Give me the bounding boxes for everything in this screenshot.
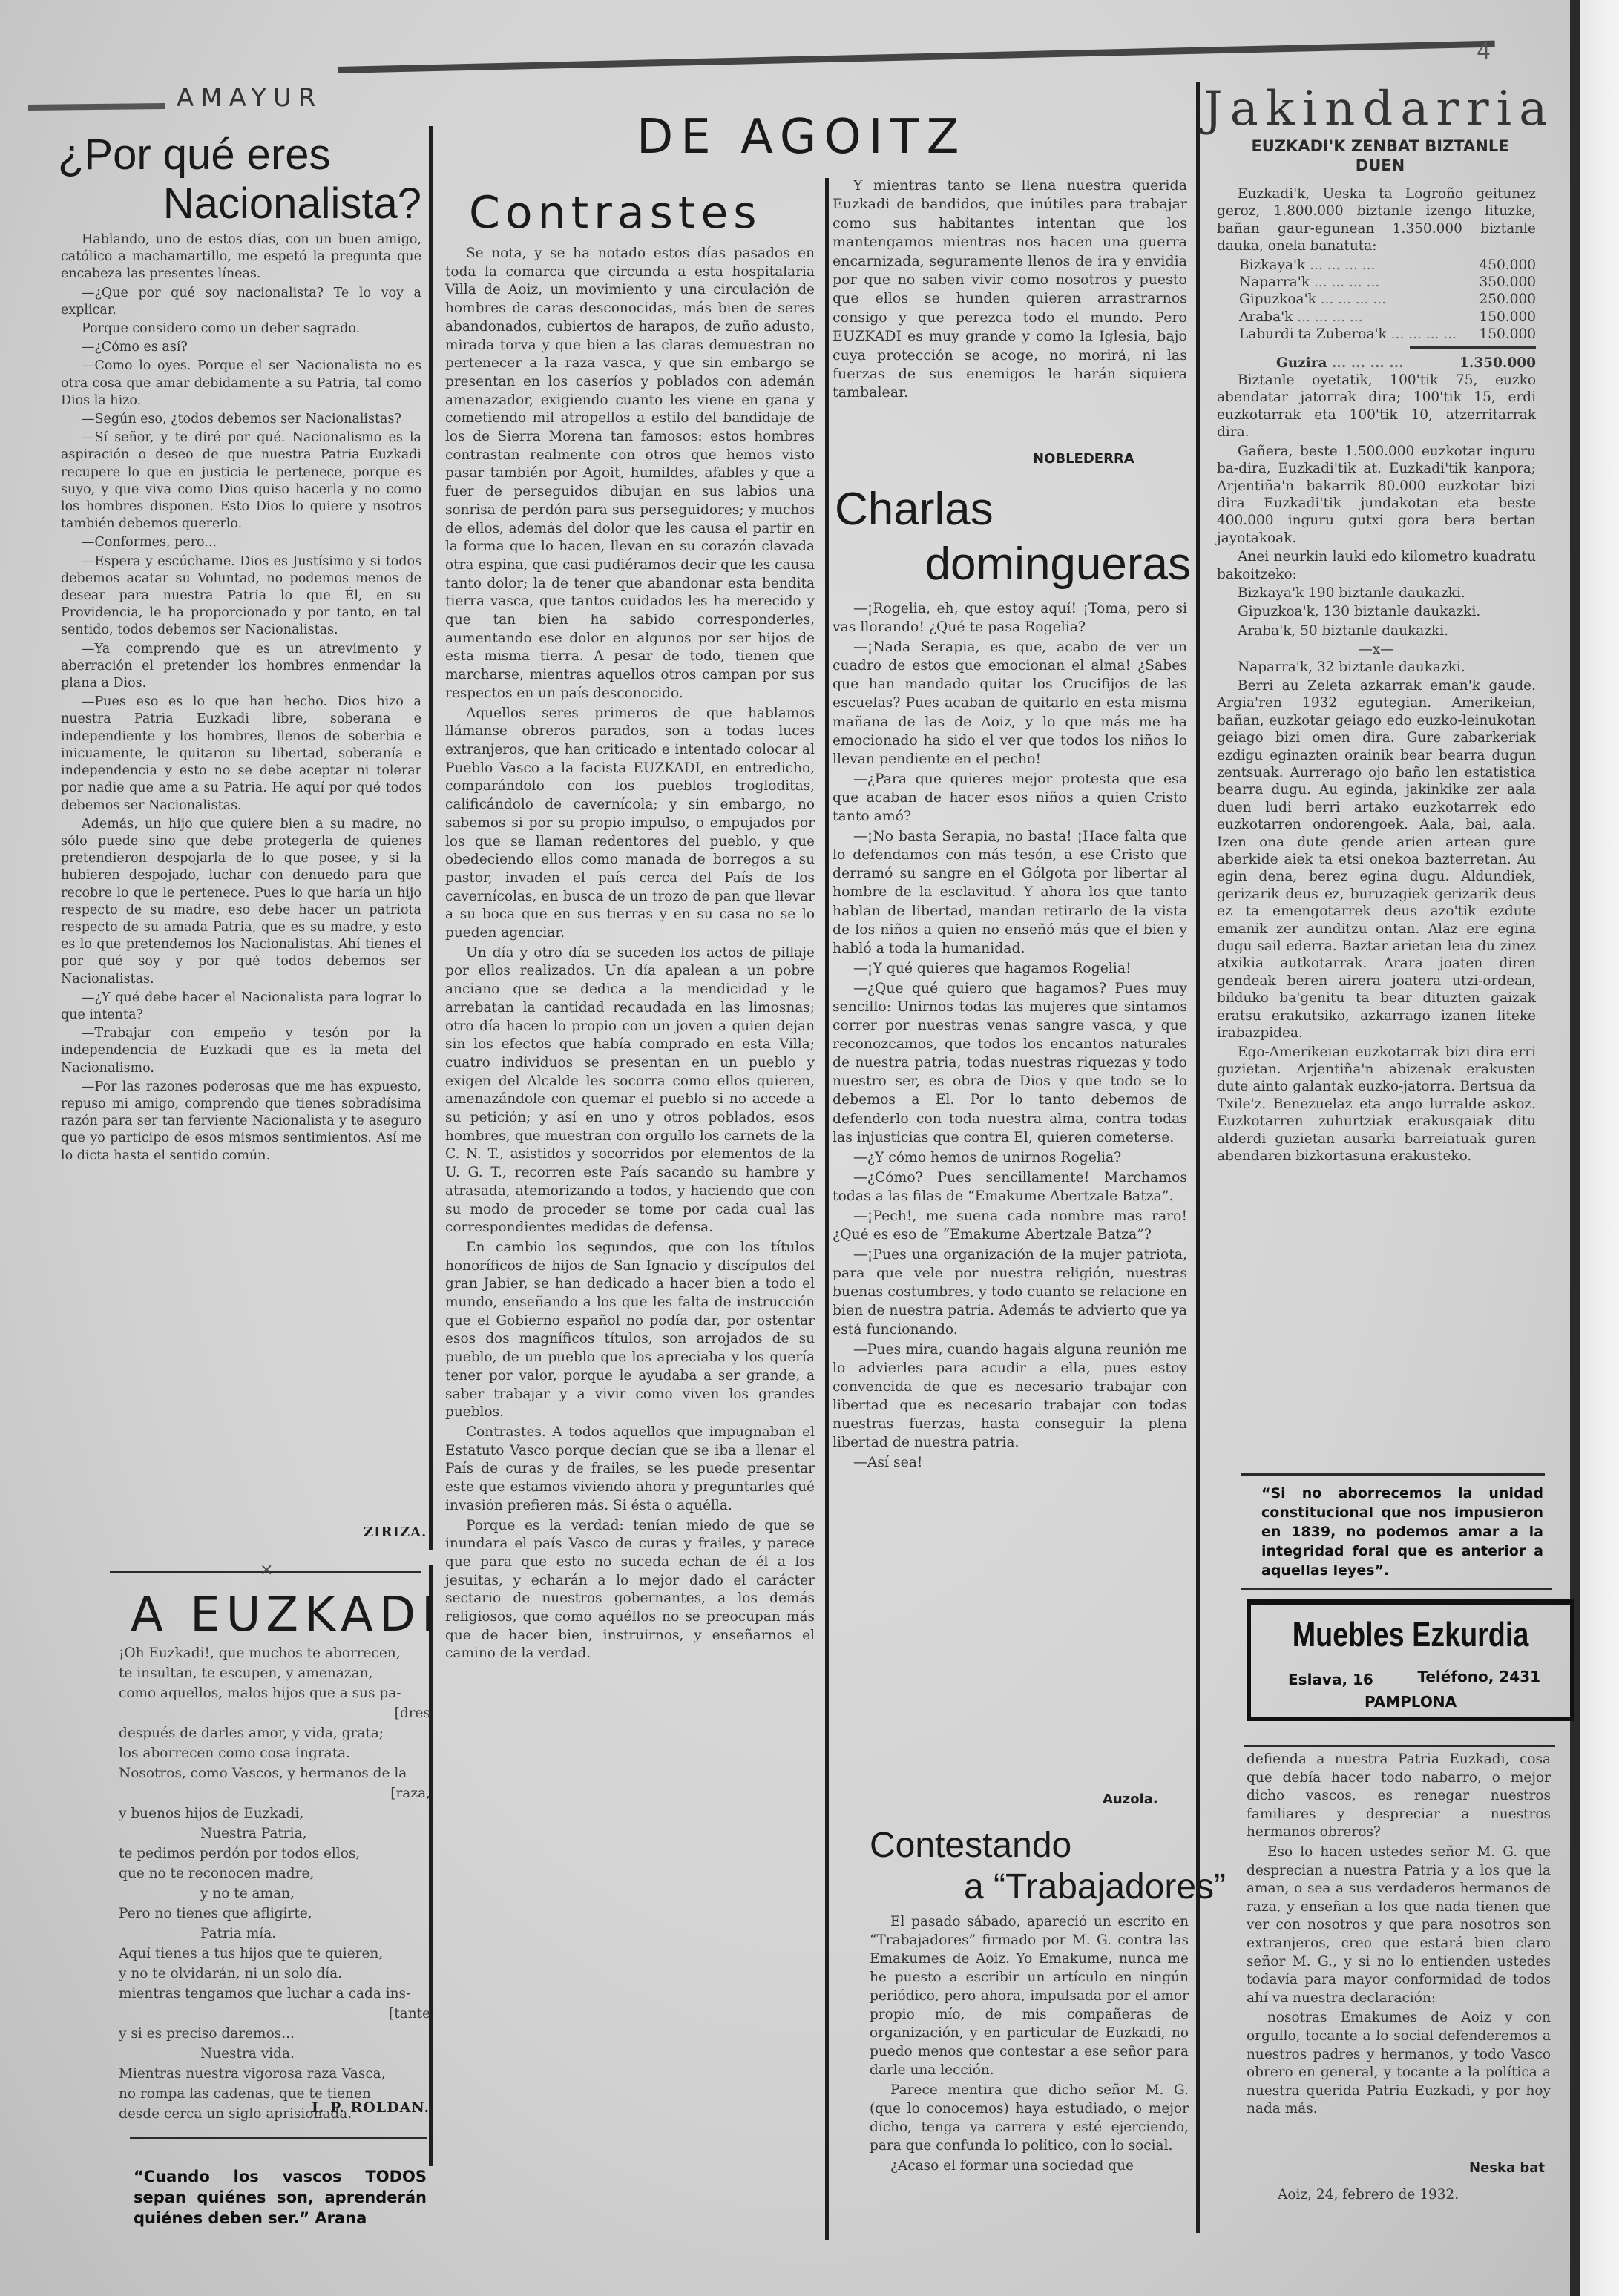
- paragraph: En cambio los segundos, que con los títu…: [445, 1239, 815, 1422]
- poem-line: que no te reconocen madre,: [119, 1864, 430, 1884]
- poem-line: y buenos hijos de Euzkadi,: [119, 1803, 430, 1823]
- headline-line: Nacionalista?: [58, 180, 421, 228]
- poem-line: después de darles amor, y vida, grata;: [119, 1723, 430, 1743]
- paragraph: —Sí señor, y te diré por qué. Nacionalis…: [61, 430, 421, 533]
- quote-unidad-constitucional: “Si no aborrecemos la unidad constitucio…: [1261, 1484, 1543, 1580]
- paragraph: Berri au Zeleta azkarrak eman'k gaude. A…: [1217, 677, 1536, 1042]
- column-divider: [1196, 82, 1200, 2233]
- paragraph: Eso lo hacen ustedes señor M. G. que des…: [1247, 1843, 1551, 2007]
- population-row: Naparra'k350.000: [1217, 274, 1536, 291]
- paragraph: Parece mentira que dicho señor M. G. (qu…: [870, 2081, 1189, 2155]
- paragraph: —Espera y escúchame. Dios es Justísimo y…: [61, 553, 421, 639]
- population-value: 250.000: [1479, 291, 1536, 308]
- page-number: 4: [1477, 39, 1491, 65]
- headline-line: Charlas: [835, 484, 994, 535]
- advertisement-muebles-ezkurdia: Muebles Ezkurdia Eslava, 16 Teléfono, 24…: [1247, 1599, 1574, 1721]
- total-label: Guzira: [1276, 355, 1404, 372]
- paragraph: Porque es la verdad: tenían miedo de que…: [445, 1517, 815, 1664]
- paragraph: —Como lo oyes. Porque el ser Nacionalist…: [61, 358, 421, 409]
- newspaper-page: AMAYUR 4 ¿Por qué eres Nacionalista? Hab…: [0, 0, 1619, 2296]
- separator-rule: [130, 2137, 427, 2139]
- article-contestando-continuation: defienda a nuestra Patria Euzkadi, cosa …: [1247, 1751, 1551, 2120]
- poem-line: [raza,: [119, 1783, 430, 1803]
- signature-ziriza: ZIRIZA.: [364, 1524, 427, 1540]
- ad-phone: Teléfono, 2431: [1417, 1668, 1540, 1685]
- scan-edge: [1570, 0, 1580, 2296]
- paragraph: Porque considero como un deber sagrado.: [61, 320, 421, 338]
- headline-line: a “Trabajadores”: [870, 1866, 1226, 1908]
- poem-line: Mientras nuestra vigorosa raza Vasca,: [119, 2064, 430, 2084]
- signature-neska-bat: Neska bat: [1469, 2160, 1545, 2176]
- paragraph: Aquellos seres primeros de que hablamos …: [445, 705, 815, 943]
- poem-line: Nuestra Patria,: [119, 1823, 430, 1843]
- region-label: Naparra'k: [1239, 274, 1379, 291]
- masthead-rule-left: [28, 103, 165, 111]
- poem-line: mientras tengamos que luchar a cada ins-: [119, 1984, 430, 2004]
- paragraph: —¡Pues una organización de la mujer patr…: [833, 1246, 1187, 1338]
- paragraph: —Conformes, pero...: [61, 534, 421, 551]
- ad-business-name: Muebles Ezkurdia: [1280, 1614, 1542, 1654]
- paragraph: Araba'k, 50 biztanle daukazki.: [1217, 622, 1536, 639]
- headline-line: ¿Por qué eres: [58, 131, 331, 179]
- poem-line: los aborrecen como cosa ingrata.: [119, 1743, 430, 1763]
- paragraph: Biztanle oyetatik, 100'tik 75, euzko abe…: [1217, 372, 1536, 441]
- population-row: Gipuzkoa'k250.000: [1217, 291, 1536, 308]
- paragraph: El pasado sábado, apareció un escrito en…: [870, 1912, 1189, 2079]
- poem-line: Pero no tienes que afligirte,: [119, 1904, 430, 1924]
- poem-line: como aquellos, malos hijos que a sus pa-: [119, 1683, 430, 1703]
- poem-line: y no te olvidarán, ni un solo día.: [119, 1964, 430, 1984]
- separator-rule: [1244, 1745, 1555, 1747]
- paragraph: ¿Acaso el formar una sociedad que: [870, 2157, 1189, 2175]
- paragraph: Naparra'k, 32 biztanle daukazki.: [1217, 659, 1536, 676]
- paragraph: Y mientras tanto se llena nuestra querid…: [833, 177, 1187, 403]
- poem-line: [dres: [119, 1703, 430, 1723]
- paragraph: —¿Y qué debe hacer el Nacionalista para …: [61, 990, 421, 1024]
- paragraph: —¿Cómo es así?: [61, 339, 421, 356]
- population-total: Guzira1.350.000: [1217, 355, 1536, 372]
- quote-arana: “Cuando los vascos TODOS sepan quiénes s…: [134, 2166, 427, 2228]
- separator-rule: [1241, 1473, 1545, 1476]
- headline-contrastes: Contrastes: [469, 187, 762, 239]
- paragraph: —¿Cómo? Pues sencillamente! Marchamos to…: [833, 1168, 1187, 1205]
- paragraph: —Pues mira, cuando hagais alguna reunión…: [833, 1341, 1187, 1453]
- subheadline-jakindarria: EUZKADI'K ZENBAT BIZTANLE DUEN: [1224, 136, 1536, 175]
- masthead-name: AMAYUR: [177, 83, 323, 113]
- poem-line: Nosotros, como Vascos, y hermanos de la: [119, 1763, 430, 1783]
- headline-jakindarria: Jakindarria: [1203, 82, 1554, 136]
- paragraph: nosotras Emakumes de Aoiz y con orgullo,…: [1247, 2009, 1551, 2119]
- dateline: Aoiz, 24, febrero de 1932.: [1278, 2187, 1459, 2203]
- ad-city: PAMPLONA: [1251, 1693, 1570, 1711]
- population-value: 150.000: [1479, 326, 1536, 343]
- paragraph: —Ya comprendo que es un atrevimento y ab…: [61, 641, 421, 693]
- headline-a-euzkadi: A EUZKADI: [131, 1588, 441, 1642]
- paragraph: Ego-Amerikeian euzkotarrak bizi dira err…: [1217, 1044, 1536, 1165]
- article-por-que-body: Hablando, uno de estos días, con un buen…: [61, 231, 421, 1166]
- paragraph: —¿Para que quieres mejor protesta que es…: [833, 770, 1187, 826]
- paragraph: Se nota, y se ha notado estos días pasad…: [445, 245, 815, 703]
- paragraph: —Según eso, ¿todos debemos ser Nacionali…: [61, 411, 421, 428]
- paragraph: Contrastes. A todos aquellos que impugna…: [445, 1424, 815, 1516]
- paragraph: Un día y otro día se suceden los actos d…: [445, 944, 815, 1237]
- poem-a-euzkadi: ¡Oh Euzkadi!, que muchos te aborrecen,te…: [119, 1643, 430, 2124]
- poem-line: y si es preciso daremos...: [119, 2024, 430, 2044]
- poem-line: te insultan, te escupen, y amenazan,: [119, 1663, 430, 1683]
- separator-x: —x—: [1217, 641, 1536, 658]
- paragraph: defienda a nuestra Patria Euzkadi, cosa …: [1247, 1751, 1551, 1842]
- headline-contestando: Contestando a “Trabajadores”: [870, 1825, 1226, 1908]
- masthead-rule-right: [338, 41, 1495, 73]
- paragraph: —Trabajar con empeño y tesón por la inde…: [61, 1025, 421, 1077]
- article-contrastes-body: Se nota, y se ha notado estos días pasad…: [445, 245, 815, 1665]
- headline-line: domingueras: [835, 537, 1191, 592]
- paragraph: —¿Y cómo hemos de unirnos Rogelia?: [833, 1148, 1187, 1167]
- headline-por-que: ¿Por qué eres Nacionalista?: [58, 131, 421, 228]
- population-value: 350.000: [1479, 274, 1536, 291]
- paragraph: —¡Pech!, me suena cada nombre mas raro! …: [833, 1207, 1187, 1244]
- ad-address: Eslava, 16: [1288, 1671, 1373, 1688]
- paragraph: Hablando, uno de estos días, con un buen…: [61, 231, 421, 283]
- paragraph: Bizkaya'k 190 biztanle daukazki.: [1217, 585, 1536, 602]
- region-label: Araba'k: [1239, 309, 1363, 326]
- poem-line: [tante: [119, 2004, 430, 2024]
- paragraph: —Pues eso es lo que han hecho. Dios hizo…: [61, 694, 421, 814]
- region-label: Gipuzkoa'k: [1239, 291, 1386, 308]
- paragraph: —Así sea!: [833, 1453, 1187, 1472]
- population-row: Laburdi ta Zuberoa'k150.000: [1217, 326, 1536, 343]
- paragraph: Anei neurkin lauki edo kilometro kuadrat…: [1217, 548, 1536, 583]
- poem-line: Nuestra vida.: [119, 2044, 430, 2064]
- paragraph: —¡Nada Serapia, es que, acabo de ver un …: [833, 638, 1187, 769]
- poem-line: ¡Oh Euzkadi!, que muchos te aborrecen,: [119, 1643, 430, 1663]
- population-value: 450.000: [1479, 257, 1536, 274]
- article-contestando-body: El pasado sábado, apareció un escrito en…: [870, 1912, 1189, 2177]
- paragraph: —¡Rogelia, eh, que estoy aquí! ¡Toma, pe…: [833, 599, 1187, 637]
- poem-line: Aquí tienes a tus hijos que te quieren,: [119, 1944, 430, 1964]
- population-row: Bizkaya'k450.000: [1217, 257, 1536, 274]
- paragraph: Euzkadi'k, Ueska ta Logroño geitunez ger…: [1217, 185, 1536, 255]
- population-value: 150.000: [1479, 309, 1536, 326]
- sum-rule: [1410, 346, 1536, 349]
- region-label: Bizkaya'k: [1239, 257, 1375, 274]
- region-label: Laburdi ta Zuberoa'k: [1239, 326, 1457, 343]
- poem-line: te pedimos perdón por todos ellos,: [119, 1843, 430, 1864]
- headline-line: Contestando: [870, 1826, 1071, 1865]
- total-value: 1.350.000: [1459, 355, 1536, 372]
- paragraph: Gipuzkoa'k, 130 biztanle daukazki.: [1217, 603, 1536, 620]
- article-contrastes-continuation: Y mientras tanto se llena nuestra querid…: [833, 177, 1187, 404]
- paragraph: —¿Que por qué soy nacionalista? Te lo vo…: [61, 285, 421, 319]
- paragraph: Además, un hijo que quiere bien a su mad…: [61, 816, 421, 988]
- paragraph: —Por las razones poderosas que me has ex…: [61, 1079, 421, 1165]
- poem-line: Patria mía.: [119, 1924, 430, 1944]
- column-divider: [825, 178, 829, 2240]
- column-divider: [429, 126, 433, 1550]
- article-charlas-body: —¡Rogelia, eh, que estoy aquí! ¡Toma, pe…: [833, 599, 1187, 1473]
- signature-roldan: I. P. ROLDAN.: [312, 2099, 430, 2116]
- article-jakindarria-body: Euzkadi'k, Ueska ta Logroño geitunez ger…: [1217, 185, 1536, 1166]
- signature-nobledderra: NOBLEDERRA: [1033, 451, 1134, 467]
- paragraph: —¿Que qué quiero que hagamos? Pues muy s…: [833, 979, 1187, 1147]
- headline-charlas-domingueras: Charlas domingueras: [835, 482, 1191, 592]
- signature-auzola: Auzola.: [1103, 1792, 1158, 1807]
- population-row: Araba'k150.000: [1217, 309, 1536, 326]
- poem-line: y no te aman,: [119, 1884, 430, 1904]
- separator-x: ×: [260, 1561, 273, 1579]
- section-title-de-agoitz: DE AGOITZ: [637, 110, 967, 165]
- paragraph: —¡Y qué quieres que hagamos Rogelia!: [833, 959, 1187, 978]
- page-margin: [1580, 0, 1619, 2296]
- separator-rule: [1241, 1588, 1552, 1590]
- paragraph: —¡No basta Serapia, no basta! ¡Hace falt…: [833, 827, 1187, 958]
- paragraph: Gañera, beste 1.500.000 euzkotar inguru …: [1217, 443, 1536, 547]
